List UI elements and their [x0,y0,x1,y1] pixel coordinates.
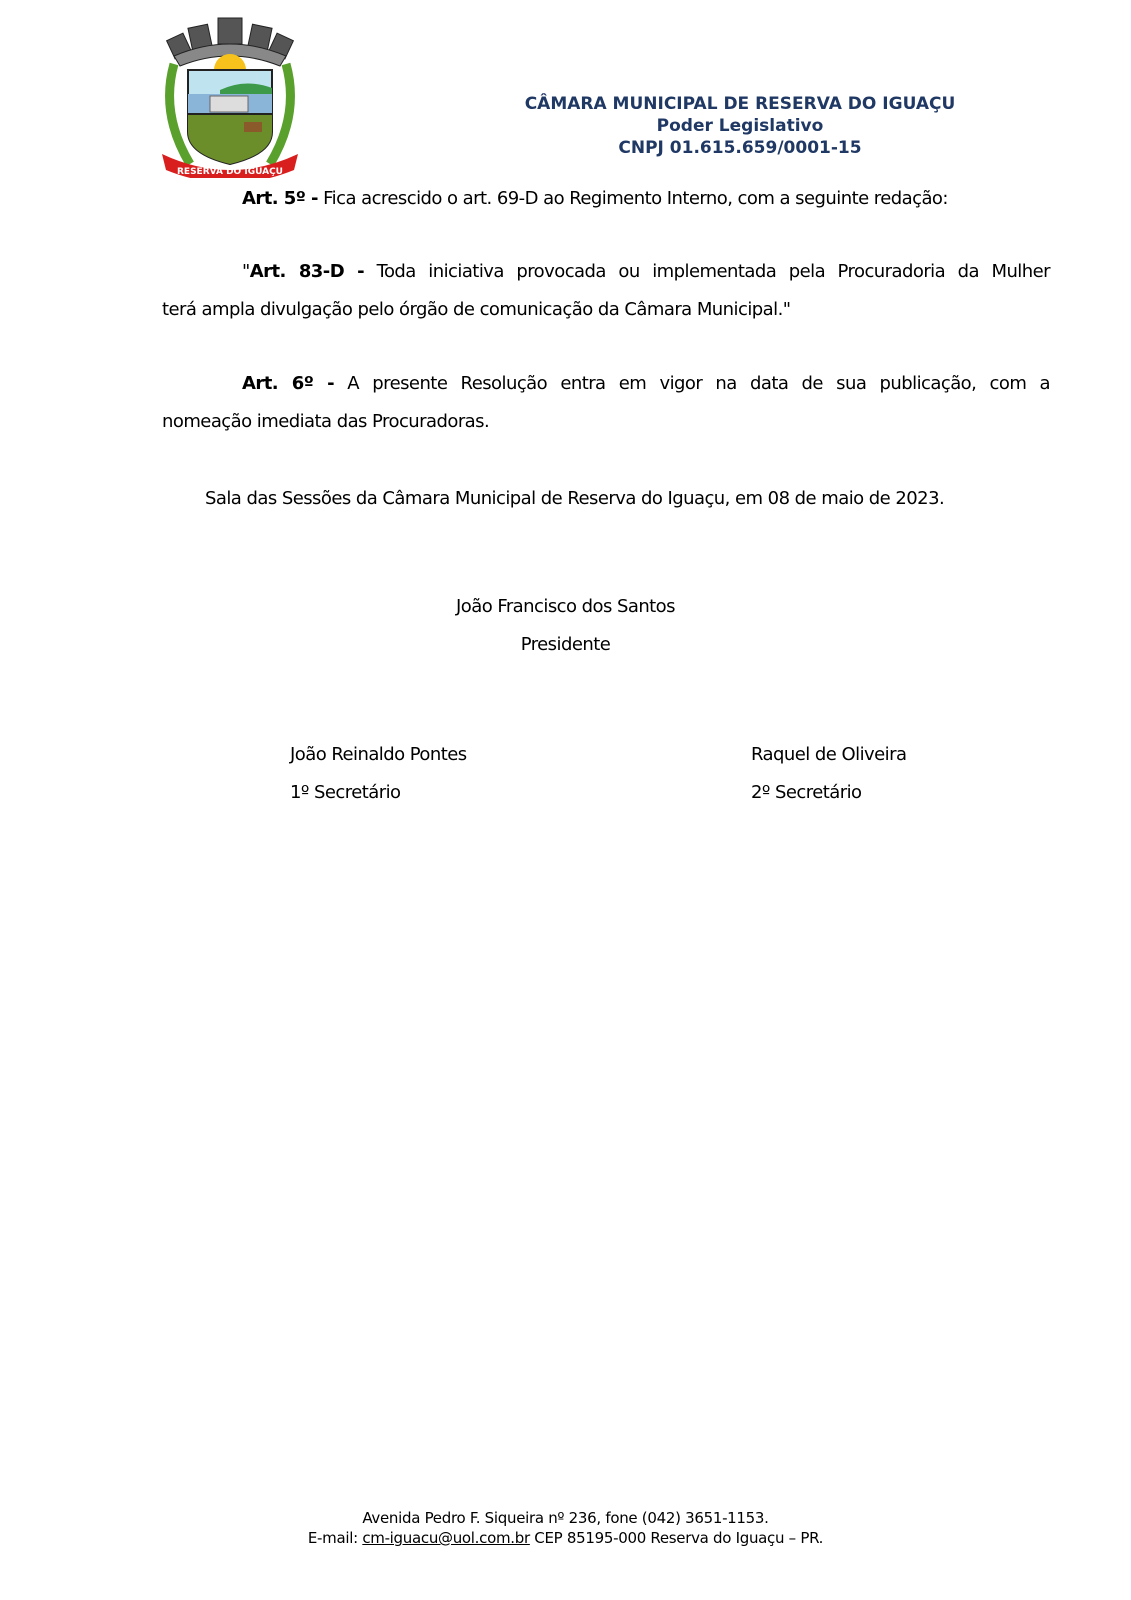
session-closing-text: Sala das Sessões da Câmara Municipal de … [162,480,944,518]
second-secretary-role: 2º Secretário [751,774,906,812]
second-secretary-name: Raquel de Oliveira [751,736,906,774]
logo-ribbon-text: RESERVA DO IGUAÇU [177,167,283,177]
article-83d-line2: terá ampla divulgação pelo órgão de comu… [162,291,1050,329]
footer-cep: CEP 85195-000 Reserva do Iguaçu – PR. [530,1529,823,1547]
article-6-line1: A presente Resolução entra em vigor na d… [334,373,1050,394]
document-footer: Avenida Pedro F. Siqueira nº 236, fone (… [0,1508,1131,1548]
article-83d: "Art. 83-D - Toda iniciativa provocada o… [162,253,1050,329]
open-quote: " [242,261,250,282]
footer-email-label: E-mail: [308,1529,362,1547]
article-6-label: Art. 6º - [242,373,334,394]
session-closing: Sala das Sessões da Câmara Municipal de … [162,480,1050,518]
footer-email-link[interactable]: cm-iguacu@uol.com.br [362,1529,530,1547]
article-83d-line1: Toda iniciativa provocada ou implementad… [364,261,1050,282]
first-secretary-name: João Reinaldo Pontes [290,736,467,774]
article-83d-label: Art. 83-D - [250,261,364,282]
signature-first-secretary: João Reinaldo Pontes 1º Secretário [290,736,467,812]
president-name: João Francisco dos Santos [0,588,1131,626]
institution-branch: Poder Legislativo [480,115,1000,137]
article-6-line2: nomeação imediata das Procuradoras. [162,403,1050,441]
article-5: Art. 5º - Fica acrescido o art. 69-D ao … [162,180,1050,218]
document-header: CÂMARA MUNICIPAL DE RESERVA DO IGUAÇU Po… [480,93,1000,159]
signature-second-secretary: Raquel de Oliveira 2º Secretário [751,736,906,812]
article-5-label: Art. 5º - [242,188,318,209]
article-6: Art. 6º - A presente Resolução entra em … [162,365,1050,441]
article-5-text: Fica acrescido o art. 69-D ao Regimento … [318,188,948,209]
footer-contact: E-mail: cm-iguacu@uol.com.br CEP 85195-0… [0,1528,1131,1548]
coat-of-arms-logo: RESERVA DO IGUAÇU [160,14,300,178]
president-role: Presidente [0,626,1131,664]
first-secretary-role: 1º Secretário [290,774,467,812]
institution-name: CÂMARA MUNICIPAL DE RESERVA DO IGUAÇU [480,93,1000,115]
institution-cnpj: CNPJ 01.615.659/0001-15 [480,137,1000,159]
coat-of-arms-icon: RESERVA DO IGUAÇU [160,14,300,178]
footer-address: Avenida Pedro F. Siqueira nº 236, fone (… [0,1508,1131,1528]
signature-president: João Francisco dos Santos Presidente [0,588,1131,664]
